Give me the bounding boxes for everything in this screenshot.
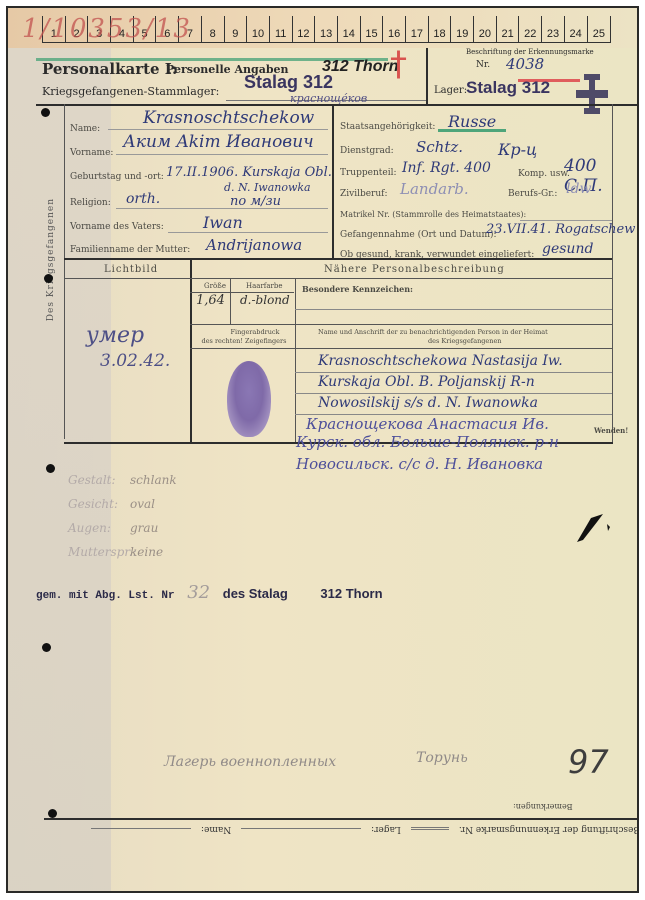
vater-value: Iwan: [203, 213, 243, 232]
tag-lager-label: Lager:: [434, 85, 467, 96]
footer-name-label: Name:: [201, 824, 231, 834]
ruler-cell: 20: [474, 16, 497, 42]
geburtstag-label: Geburtstag und -ort:: [70, 172, 164, 182]
vater-line: [168, 232, 328, 233]
card-title: Personalkarte I:: [42, 60, 177, 78]
vorname-line: [116, 154, 328, 155]
pencil-note-row: Gesicht:oval: [68, 492, 177, 516]
punch-hole: [46, 464, 55, 473]
zivilberuf-label: Zivilberuf:: [340, 189, 388, 199]
religion-extra: по м/зи: [230, 194, 281, 209]
page-number: 97: [568, 743, 609, 781]
vorname-label: Vorname:: [70, 148, 113, 158]
death-note-line1: умер: [86, 323, 144, 348]
ruler-cell: 16: [383, 16, 406, 42]
mutter-label: Familienname der Mutter:: [70, 245, 190, 255]
header-divider: [426, 48, 428, 104]
truppenteil-value: Inf. Rgt. 400: [402, 160, 491, 176]
ruler-cell: 14: [338, 16, 361, 42]
camp-handwritten: 312 Thorn: [322, 58, 398, 76]
pencil-note-label: Augen:: [68, 516, 130, 540]
ruler-cell: 12: [293, 16, 316, 42]
left-binding-strip: [8, 8, 111, 891]
ruler-cell: 8: [202, 16, 225, 42]
fingerprint-header-rule: [190, 348, 612, 349]
pencil-note-row: Mutterspr.:keine: [68, 540, 177, 564]
notify-line-3: Nowosilskij s/s d. N. Iwanowka: [318, 395, 538, 411]
religion-line: [116, 208, 328, 209]
punch-hole: [42, 643, 51, 652]
fingerprint-label-1: Fingerabdruck: [220, 328, 290, 336]
pencil-note-label: Gestalt:: [68, 468, 130, 492]
punch-hole: [44, 274, 53, 283]
left-margin-rule: [64, 104, 65, 439]
dienstgrad-value: Schtz.: [416, 138, 463, 156]
gefangennahme-label: Gefangennahme (Ort und Datum):: [340, 230, 497, 240]
personnel-card: 1234567891011121314151617181920212223242…: [6, 6, 639, 893]
punch-hole: [41, 108, 50, 117]
footer-lager-label: Lager:: [371, 824, 401, 834]
ruler-cell: 19: [451, 16, 474, 42]
size-bottom-rule: [190, 324, 612, 325]
punch-hole: [48, 809, 57, 818]
photo-header-rule: [64, 278, 190, 279]
ruler-cell: 13: [315, 16, 338, 42]
side-label: Des Kriegsgefangenen: [46, 198, 56, 321]
pencil-note-row: Augen:grau: [68, 516, 177, 540]
fingerprint-image: [227, 361, 271, 437]
dienstgrad-label: Dienstgrad:: [340, 146, 394, 156]
pencil-notes: Gestalt:schlank Gesicht:oval Augen:grau …: [68, 468, 177, 564]
groesse-label: Größe: [204, 282, 226, 290]
pencil-ru-2: Торунь: [416, 750, 468, 766]
bemerkungen-label: Bemerkungen:: [513, 802, 573, 811]
tag-nr-label: Nr.: [476, 60, 490, 70]
name-value: Krasnoschtschekow: [143, 108, 314, 128]
name-line: [108, 129, 328, 130]
pencil-note-label: Gesicht:: [68, 492, 130, 516]
berufs-gr-value: ldw: [566, 181, 591, 197]
mutter-value: Andrijanowa: [206, 236, 302, 254]
notify-rule-1: [295, 372, 612, 373]
ruler-cell: 15: [361, 16, 384, 42]
ruler-cell: 23: [542, 16, 565, 42]
name-annotation-ru: красноще́ков: [290, 92, 367, 105]
typed-line: gem. mit Abg. Lst. Nr 32 des Stalag 312 …: [36, 582, 383, 603]
zivilberuf-value: Landarb.: [400, 180, 469, 198]
komp-label: Komp. usw.: [518, 169, 570, 179]
green-underline-russe: [438, 129, 506, 132]
religion-label: Religion:: [70, 198, 111, 208]
ruler-cell: 10: [247, 16, 270, 42]
footer-tag-label: Beschriftung der Erkennungsmarke Nr.: [459, 824, 639, 834]
berufs-gr-label: Berufs-Gr.:: [508, 189, 557, 199]
tag-lager-value: Stalag 312: [466, 78, 550, 98]
notify-label-2: des Kriegsgefangenen: [428, 337, 502, 345]
pencil-note-label: Mutterspr.:: [68, 540, 130, 564]
besondere-line: [295, 309, 612, 310]
dienstgrad-ru: Кр-ц: [498, 140, 537, 159]
staatsangehoerigkeit-label: Staatsangehörigkeit:: [340, 122, 435, 132]
haarfarbe-label: Haarfarbe: [246, 282, 283, 290]
ruler-cell: 17: [406, 16, 429, 42]
besondere-label: Besondere Kennzeichen:: [302, 284, 413, 294]
description-title: Nähere Personalbeschreibung: [324, 264, 505, 275]
geburtstag-value: 17.II.1906. Kurskaja Obl.: [166, 165, 332, 180]
footer-lager-field: [241, 829, 361, 830]
camp-label: Kriegsgefangenen-Stammlager:: [42, 85, 219, 98]
fingerprint-label-2: des rechten! Zeigefingers: [196, 337, 292, 345]
ruler-cell: 24: [565, 16, 588, 42]
name-label: Name:: [70, 124, 100, 134]
ruler-cell: 9: [225, 16, 248, 42]
typed-number: 32: [187, 582, 210, 603]
right-margin-rule: [612, 104, 613, 444]
cross-stamp-icon: [572, 72, 612, 116]
matrikel-label: Matrikel Nr. (Stammrolle des Heimatstaat…: [340, 210, 526, 219]
truppenteil-label: Truppenteil:: [340, 168, 396, 178]
camp-stamp: Stalag 312: [244, 72, 333, 93]
size-divider: [230, 278, 231, 324]
description-header-rule: [190, 278, 612, 279]
footer-tag-field: [411, 828, 449, 831]
tag-nr-value: 4038: [506, 55, 544, 73]
notify-ru-line-3: Новосильск. с/с д. Н. Ивановка: [296, 455, 543, 473]
notify-label-1: Name und Anschrift der zu benachrichtige…: [318, 328, 548, 336]
notify-rule-2: [295, 393, 612, 394]
notify-line-2: Kurskaja Obl. B. Poljanskij R-n: [318, 374, 535, 390]
ruler-cell: 25: [588, 16, 611, 42]
red-mark: †: [390, 44, 407, 84]
haarfarbe-value: d.-blond: [240, 293, 290, 307]
pencil-note-value: grau: [130, 521, 158, 535]
geburtsort-line2: d. N. Iwanowka: [224, 181, 311, 194]
death-note-line2: 3.02.42.: [100, 351, 170, 371]
footer-upside-down: Beschriftung der Erkennungsmarke Nr. Lag…: [44, 824, 639, 834]
pencil-note-value: schlank: [130, 473, 177, 487]
ruler-cell: 21: [497, 16, 520, 42]
photo-divider: [190, 258, 192, 444]
ruler-cell: 11: [270, 16, 293, 42]
typed-middle: des Stalag: [223, 586, 288, 601]
middle-divider: [332, 104, 334, 258]
top-handwritten-annotation: 1/10353/13: [22, 14, 192, 44]
typed-prefix: gem. mit Abg. Lst. Nr: [36, 590, 175, 602]
wenden-label: Wenden!: [594, 426, 628, 435]
pencil-note-value: keine: [130, 545, 163, 559]
notify-line-1: Krasnoschtschekowa Nastasija Iw.: [318, 353, 563, 369]
religion-value: orth.: [126, 191, 160, 207]
vorname-value: Аким Akim Иванович: [123, 132, 314, 152]
matrikel-line: [520, 220, 612, 221]
gesund-value: gesund: [542, 241, 593, 257]
pencil-note-row: Gestalt:schlank: [68, 468, 177, 492]
notify-ru-line-1: Краснощекова Анастасия Ив.: [306, 415, 549, 433]
pencil-note-value: oval: [130, 497, 155, 511]
description-divider: [295, 278, 296, 444]
pencil-ru-1: Лагерь военнопленных: [164, 754, 336, 770]
ruler-cell: 18: [429, 16, 452, 42]
typed-suffix: 312 Thorn: [320, 586, 382, 601]
ink-splotch-icon: [573, 508, 613, 548]
notify-ru-line-2: Курск. обл. Больше-Полянск. р-н: [296, 433, 559, 451]
ruler-cell: 22: [519, 16, 542, 42]
photo-label: Lichtbild: [104, 264, 158, 275]
section-rule: [64, 258, 613, 260]
vater-label: Vorname des Vaters:: [70, 222, 164, 232]
footer-name-field: [91, 829, 191, 830]
footer-rule: [44, 818, 639, 820]
groesse-value: 1,64: [196, 293, 225, 308]
